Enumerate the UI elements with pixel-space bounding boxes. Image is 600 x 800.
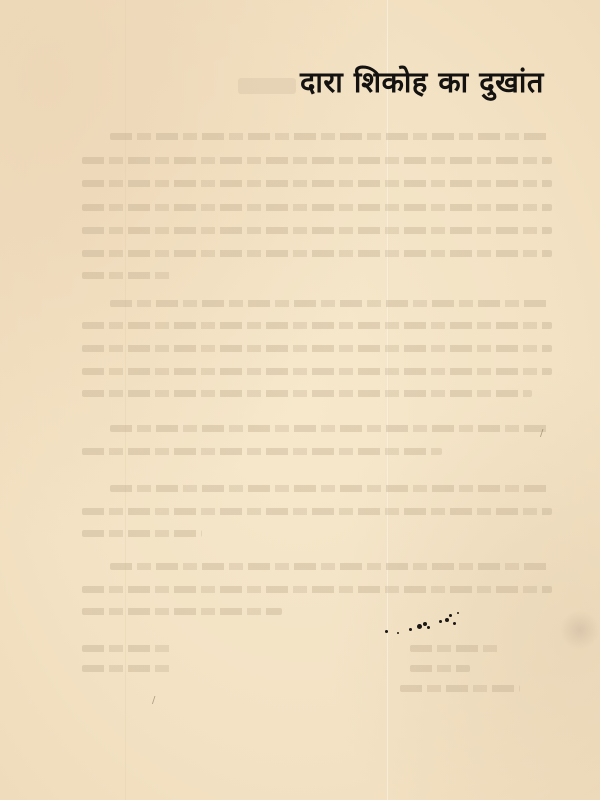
bleed-through-line [410,665,470,672]
bleed-through-line [82,530,202,537]
scanned-page: दारा शिकोह का दुखांत / / [0,0,600,800]
page-title: दारा शिकोह का दुखांत [300,62,544,101]
bleed-through-line [82,157,552,164]
paper-mark: / [540,428,543,439]
bleed-through-line [110,425,550,432]
bleed-through-line [110,563,550,570]
bleed-through-line [82,448,442,455]
bleed-through-line [82,390,532,397]
bleed-through-line [82,508,552,515]
bleed-through-line [82,322,552,329]
bleed-through-line [82,250,552,257]
bleed-through-line [82,608,282,615]
bleed-through-line [82,204,552,211]
bleed-through-line [82,586,552,593]
bleed-through-line [110,133,550,140]
bleed-through-line [82,345,552,352]
paper-stain [560,610,600,650]
bleed-through-line [110,300,550,307]
paper-crease [125,0,126,800]
bleed-through-line [82,227,552,234]
bleed-through-heading [238,78,296,94]
ink-speckles [383,612,463,644]
bleed-through-line [82,272,172,279]
bleed-through-line [400,685,520,692]
bleed-through-line [82,645,172,652]
bleed-through-line [410,645,500,652]
paper-mark: / [152,695,155,706]
bleed-through-line [82,180,552,187]
paper-crease [387,0,389,800]
bleed-through-line [82,665,172,672]
bleed-through-line [82,368,552,375]
bleed-through-line [110,485,550,492]
